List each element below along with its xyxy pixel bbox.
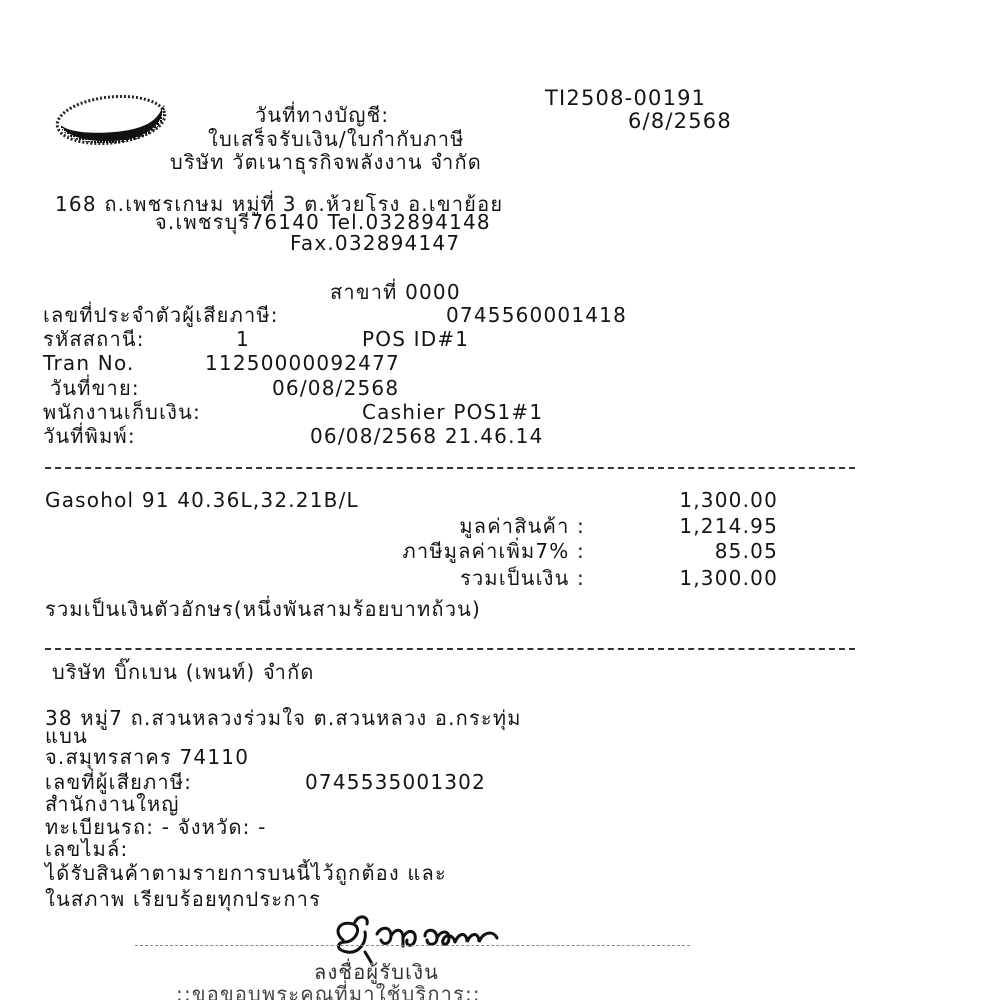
customer-tax-id-label: เลขที่ผู้เสียภาษี: xyxy=(45,770,192,794)
customer-name: บริษัท บิ๊กเบน (เพนท์) จำกัด xyxy=(52,660,315,684)
vat-label: ภาษีมูลค่าเพิ่ม7% : xyxy=(240,539,585,563)
branch-number: สาขาที่ 0000 xyxy=(330,280,461,304)
subtotal-value: 1,214.95 xyxy=(600,514,778,538)
total-label: รวมเป็นเงิน : xyxy=(300,566,585,590)
customer-tax-id: 0745535001302 xyxy=(305,770,486,794)
signature-label: ลงชื่อผู้รับเงิน xyxy=(314,960,439,984)
item-description: Gasohol 91 40.36L,32.21B/L xyxy=(45,488,359,512)
customer-address-line3: จ.สมุทรสาคร 74110 xyxy=(45,745,249,769)
company-logo-icon xyxy=(52,90,170,146)
print-date: 06/08/2568 21.46.14 xyxy=(310,424,544,448)
customer-address-line1: 38 หมู่7 ถ.สวนหลวงร่วมใจ ต.สวนหลวง อ.กระ… xyxy=(45,706,522,730)
customer-office: สำนักงานใหญ่ xyxy=(45,792,180,816)
tran-label: Tran No. xyxy=(43,351,135,375)
tax-invoice-receipt: TI2508-00191 วันที่ทางบัญชี: 6/8/2568 ใบ… xyxy=(0,0,1000,1000)
subtotal-label: มูลค่าสินค้า : xyxy=(300,514,585,538)
pos-id: POS ID#1 xyxy=(362,327,469,351)
mileage-label: เลขไมล์: xyxy=(45,837,128,861)
station-label: รหัสสถานี: xyxy=(43,327,145,351)
vehicle-registration: ทะเบียนรถ: - จังหวัด: - xyxy=(45,815,267,839)
station-value: 1 xyxy=(236,327,250,351)
cashier-label: พนักงานเก็บเงิน: xyxy=(43,400,201,424)
print-date-label: วันที่พิมพ์: xyxy=(43,424,136,448)
tran-number: 11250000092477 xyxy=(205,351,400,375)
sale-date-label: วันที่ขาย: xyxy=(50,376,140,400)
signature-icon xyxy=(325,912,515,964)
accounting-date: 6/8/2568 xyxy=(628,109,732,133)
company-name: บริษัท วัตเนาธุรกิจพลังงาน จำกัด xyxy=(170,150,482,174)
tax-id-label: เลขที่ประจำตัวผู้เสียภาษี: xyxy=(43,303,279,327)
thank-you-message: ::ขอขอบพระคุณที่มาใช้บริการ:: xyxy=(176,982,481,1000)
signature-line xyxy=(135,945,690,946)
vat-value: 85.05 xyxy=(600,539,778,563)
item-amount: 1,300.00 xyxy=(600,488,778,512)
company-fax: Fax.032894147 xyxy=(290,231,460,255)
tax-id: 0745560001418 xyxy=(446,303,627,327)
cashier-name: Cashier POS1#1 xyxy=(362,400,543,424)
total-value: 1,300.00 xyxy=(600,566,778,590)
acknowledgement-line2: ในสภาพ เรียบร้อยทุกประการ xyxy=(45,887,321,911)
document-number: TI2508-00191 xyxy=(545,86,706,110)
document-title: ใบเสร็จรับเงิน/ใบกำกับภาษี xyxy=(208,127,465,151)
accounting-date-label: วันที่ทางบัญชี: xyxy=(255,103,389,127)
sale-date: 06/08/2568 xyxy=(272,376,399,400)
acknowledgement-line1: ได้รับสินค้าตามรายการบนนี้ไว้ถูกต้อง และ xyxy=(45,861,447,885)
divider xyxy=(45,467,855,469)
divider xyxy=(45,648,855,650)
total-in-words: รวมเป็นเงินตัวอักษร(หนึ่งพันสามร้อยบาทถ้… xyxy=(45,597,481,621)
